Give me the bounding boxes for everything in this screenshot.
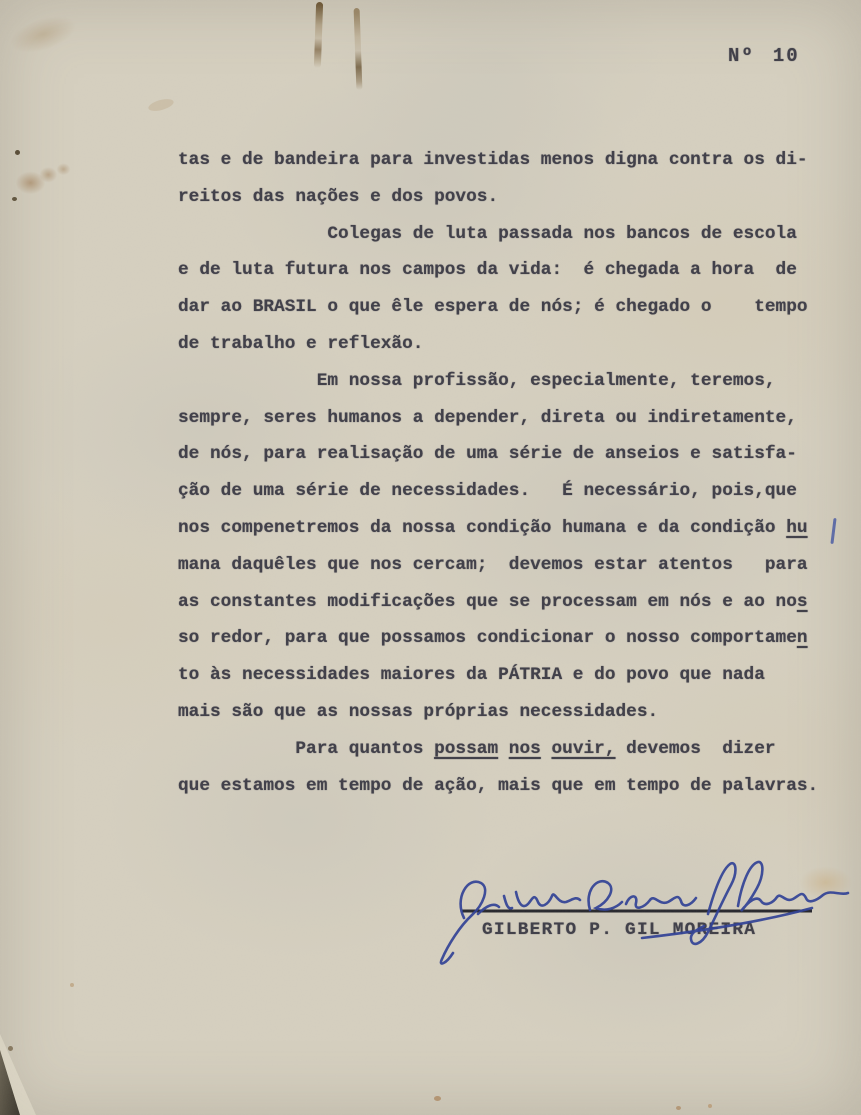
text-line: so redor, para que possamos condicionar … bbox=[178, 620, 838, 657]
foxing-dot bbox=[676, 1106, 681, 1110]
document-lines: tas e de bandeira para investidas menos … bbox=[178, 142, 838, 804]
text-line: dar ao BRASIL o que êle espera de nós; é… bbox=[178, 289, 838, 326]
stain-streak bbox=[354, 8, 363, 90]
text-line: Para quantos possam nos ouvir, devemos d… bbox=[178, 731, 838, 768]
signature bbox=[420, 852, 860, 977]
text-line: e de luta futura nos campos da vida: é c… bbox=[178, 252, 838, 289]
page-corner-crease bbox=[0, 1034, 36, 1115]
text-line: Em nossa profissão, especialmente, terem… bbox=[178, 363, 838, 400]
foxing-dot bbox=[70, 983, 74, 987]
foxing-dot bbox=[708, 1104, 712, 1108]
page-number-label: Nº bbox=[728, 45, 755, 67]
text-line: de nós, para realisação de uma série de … bbox=[178, 436, 838, 473]
text-line: sempre, seres humanos a depender, direta… bbox=[178, 400, 838, 437]
foxing-dot bbox=[15, 150, 20, 155]
page-corner-shadow bbox=[0, 1050, 20, 1115]
text-line: nos compenetremos da nossa condição huma… bbox=[178, 510, 838, 547]
text-line: Colegas de luta passada nos bancos de es… bbox=[178, 216, 838, 253]
foxing-dot bbox=[8, 1046, 13, 1051]
page-number: Nº10 bbox=[728, 45, 800, 67]
text-line: ção de uma série de necessidades. É nece… bbox=[178, 473, 838, 510]
text-line: reitos das nações e dos povos. bbox=[178, 179, 838, 216]
page-number-value: 10 bbox=[773, 45, 800, 67]
document-page: Nº10 tas e de bandeira para investidas m… bbox=[0, 0, 861, 1115]
foxing-dot bbox=[434, 1096, 441, 1101]
text-line: mais são que as nossas próprias necessid… bbox=[178, 694, 838, 731]
text-line: to às necessidades maiores da PÁTRIA e d… bbox=[178, 657, 838, 694]
text-line: as constantes modificações que se proces… bbox=[178, 584, 838, 621]
text-line: mana daquêles que nos cercam; devemos es… bbox=[178, 547, 838, 584]
text-line: tas e de bandeira para investidas menos … bbox=[178, 142, 838, 179]
stain-streak bbox=[314, 2, 323, 68]
signature-handwriting bbox=[441, 862, 848, 964]
text-line: de trabalho e reflexão. bbox=[178, 326, 838, 363]
stain-blotch bbox=[12, 158, 78, 198]
stain-top-left bbox=[1, 0, 98, 66]
foxing-dot bbox=[12, 197, 17, 201]
text-line: que estamos em tempo de ação, mais que e… bbox=[178, 768, 838, 805]
stain-smudge bbox=[147, 97, 175, 113]
